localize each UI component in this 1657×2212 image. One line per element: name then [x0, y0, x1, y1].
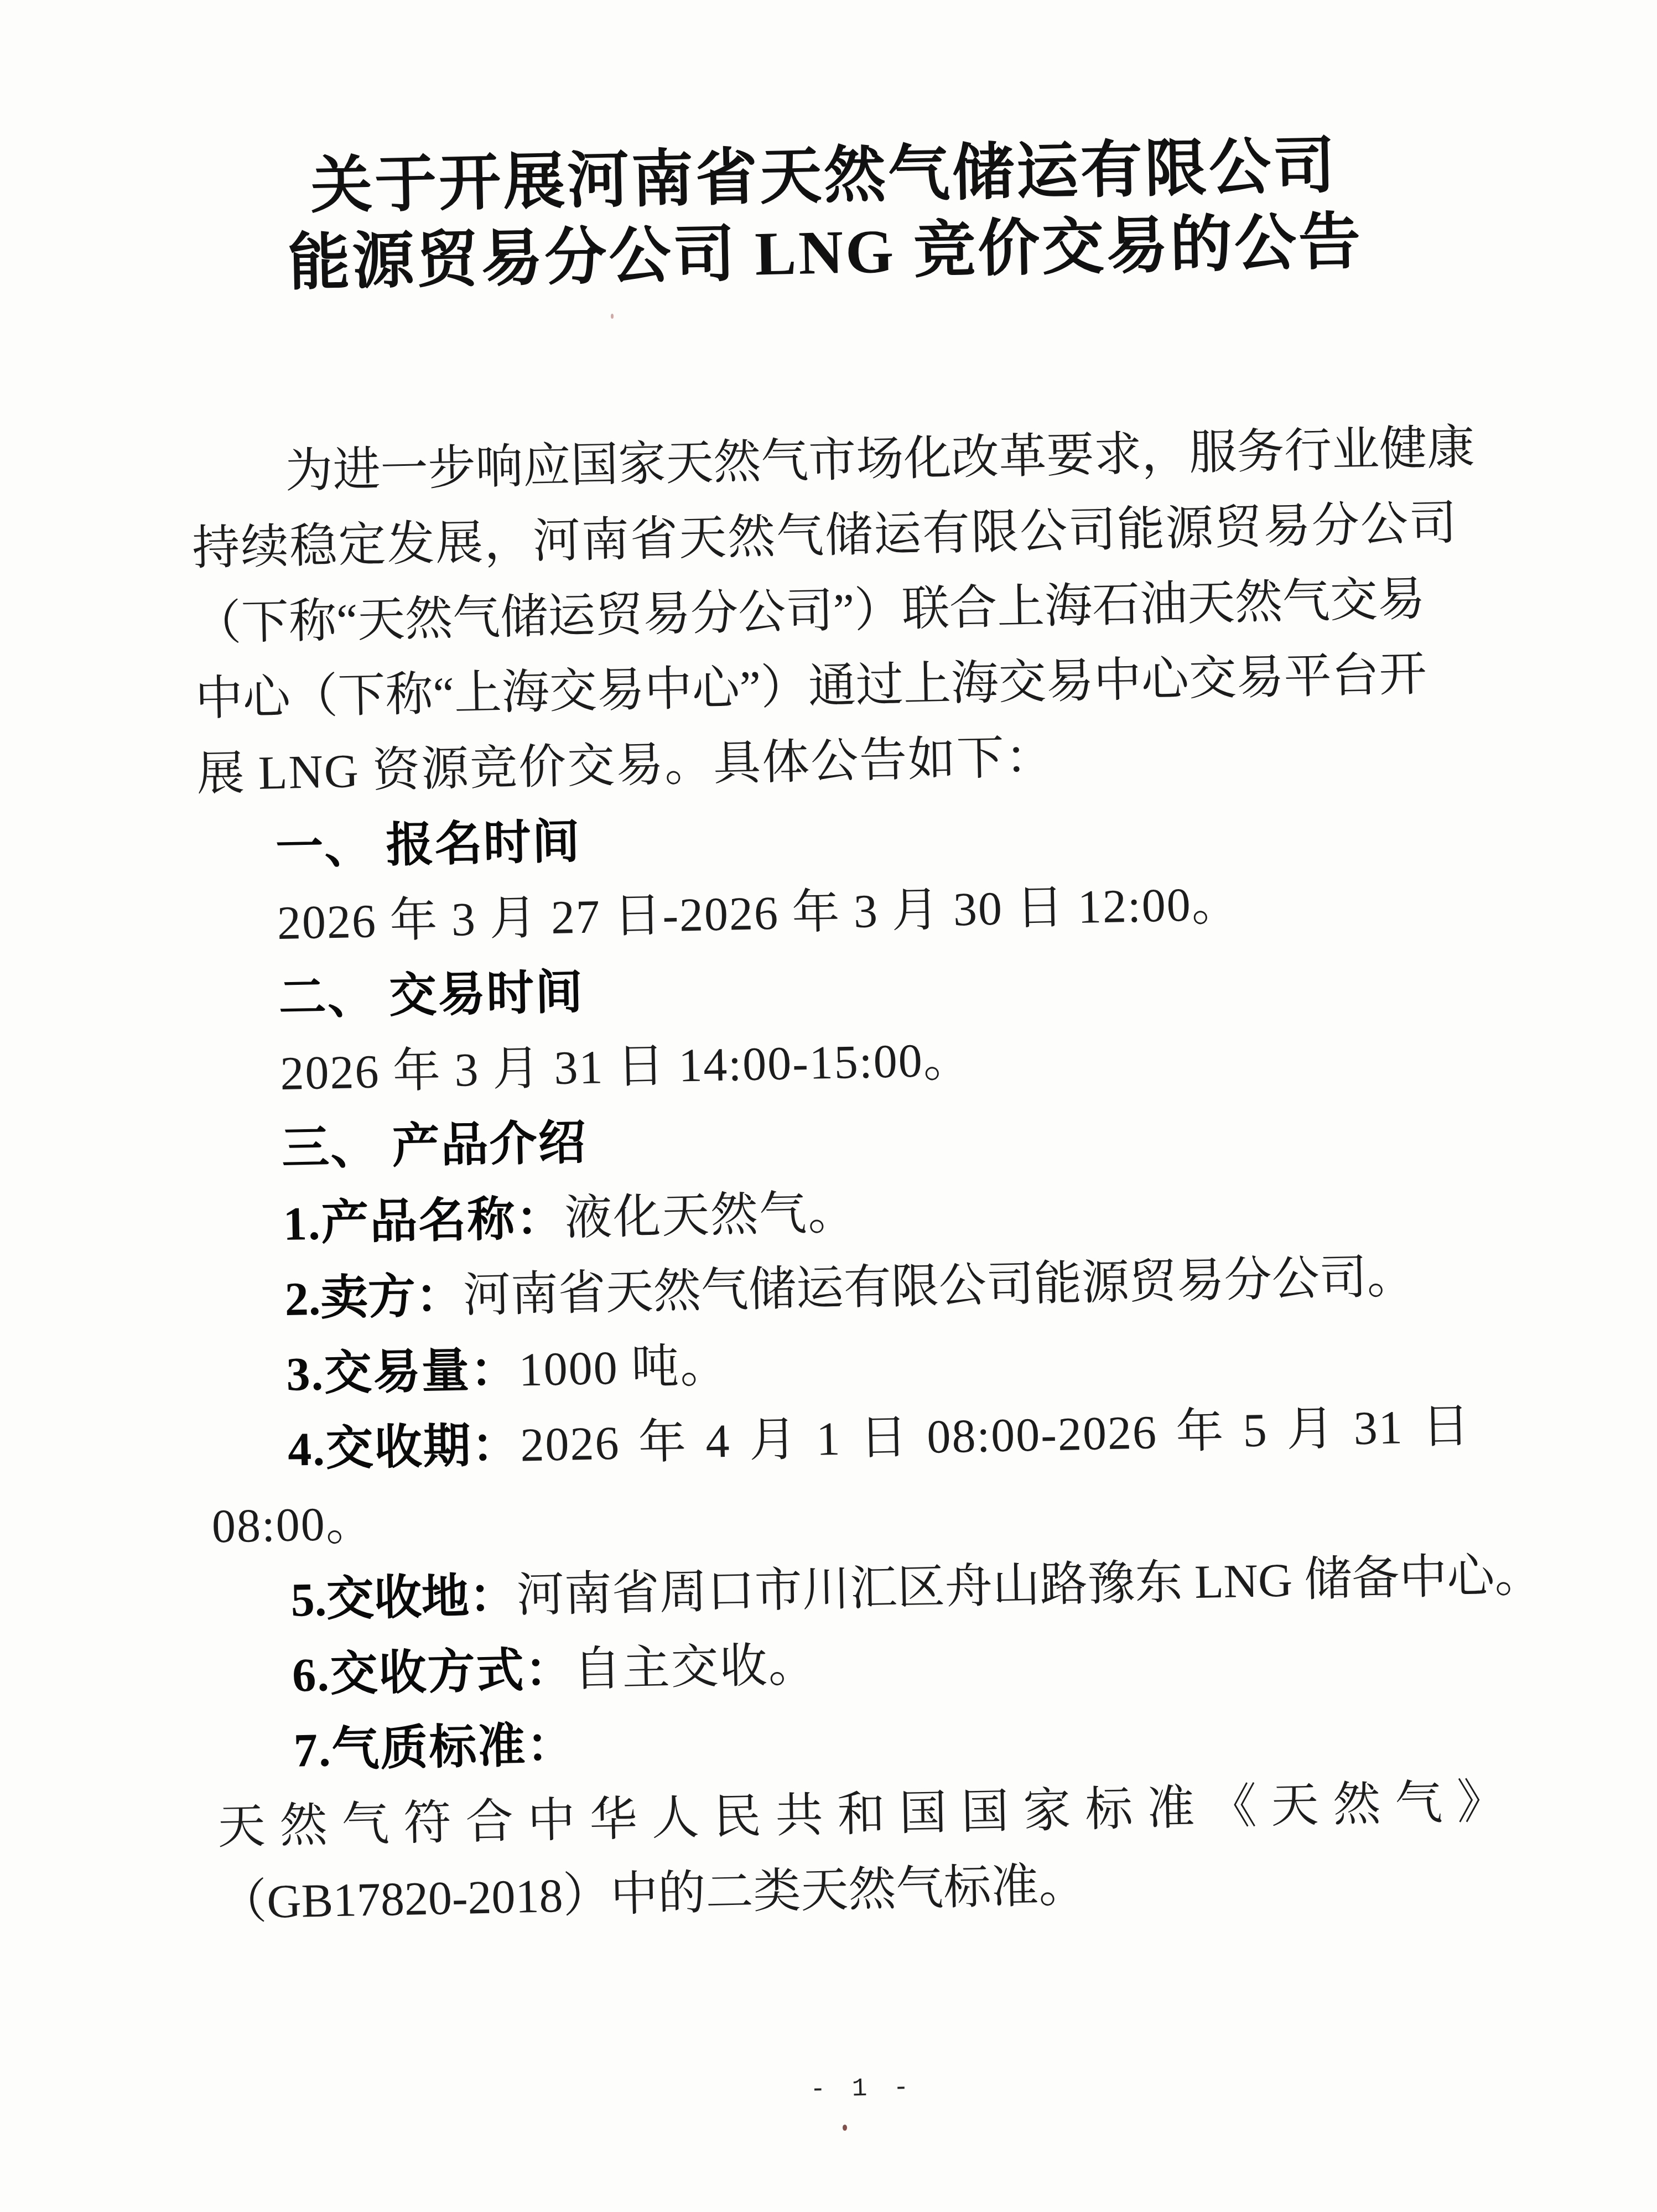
- item-delivery-period-value: 2026 年 4 月 1 日 08:00-2026 年 5 月 31 日: [520, 1399, 1472, 1471]
- document-content: 关于开展河南省天然气储运有限公司 能源贸易分公司 LNG 竞价交易的公告 为进一…: [184, 126, 1502, 2116]
- item-volume-value: 1000 吨。: [518, 1339, 729, 1396]
- page-number: - 1 -: [223, 2062, 1502, 2116]
- item-delivery-method-label: 6.交收方式：: [292, 1643, 574, 1702]
- scan-artifact-speck-faint: [611, 314, 614, 319]
- item-product-name-value: 液化天然气。: [564, 1186, 857, 1245]
- document-title: 关于开展河南省天然气储运有限公司 能源贸易分公司 LNG 竞价交易的公告: [184, 126, 1465, 304]
- item-product-name-label: 1.产品名称：: [283, 1192, 565, 1250]
- item-seller-value: 河南省天然气储运有限公司能源贸易分公司。: [463, 1250, 1415, 1322]
- item-volume-label: 3.交易量：: [285, 1343, 519, 1400]
- scanned-announcement-page: 关于开展河南省天然气储运有限公司 能源贸易分公司 LNG 竞价交易的公告 为进一…: [0, 0, 1657, 2212]
- item-delivery-method-value: 自主交收。: [573, 1638, 818, 1696]
- item-delivery-place-value: 河南省周口市川汇区舟山路豫东 LNG 储备中心。: [516, 1548, 1542, 1622]
- scan-artifact-speck: [843, 2125, 847, 2131]
- item-delivery-period-label: 4.交收期：: [287, 1418, 521, 1476]
- document-body: 为进一步响应国家天然气市场化改革要求，服务行业健康 持续稳定发展，河南省天然气储…: [190, 410, 1498, 1940]
- item-seller-label: 2.卖方：: [284, 1269, 464, 1325]
- item-delivery-place-label: 5.交收地：: [290, 1569, 517, 1627]
